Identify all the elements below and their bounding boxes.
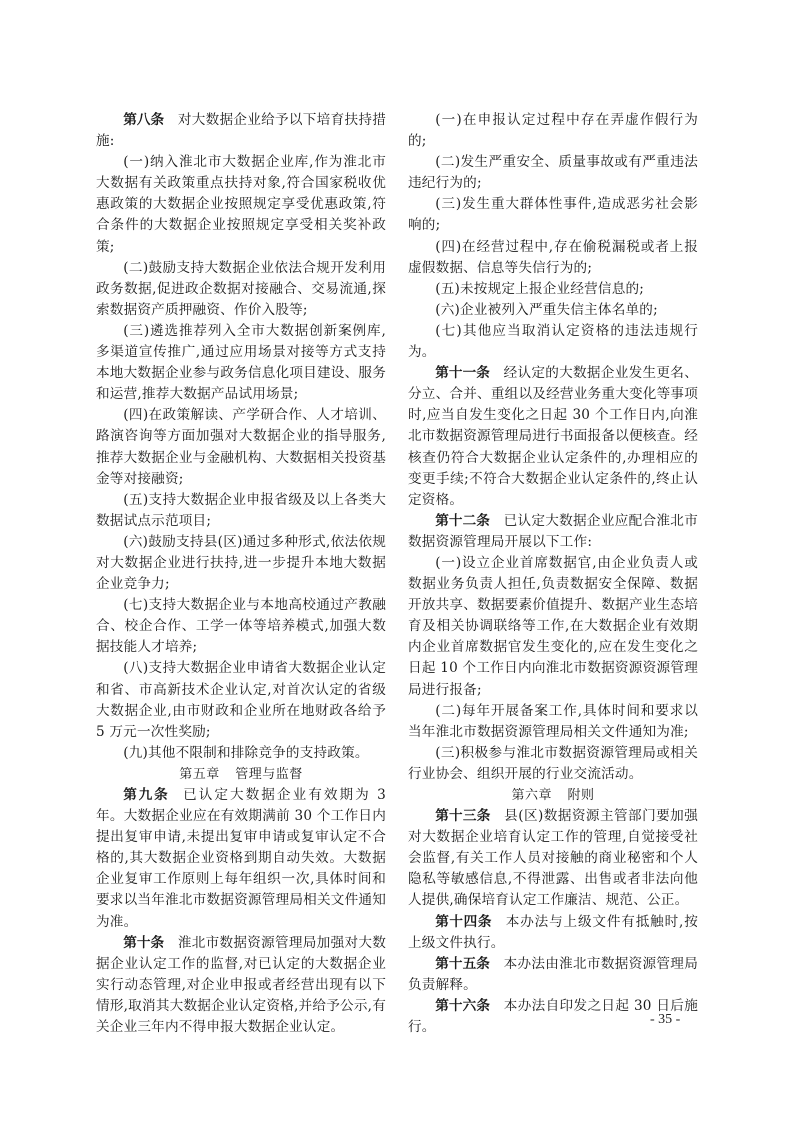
chapter-6-heading: 第六章附则 xyxy=(408,785,698,806)
article-8-item-9: (九)其他不限制和排除竞争的支持政策。 xyxy=(96,743,386,764)
article-11: 第十一条经认定的大数据企业发生更名、分立、合并、重组以及经营业务重大变化等事项时… xyxy=(408,363,698,511)
article-8-item-8: (八)支持大数据企业申请省大数据企业认定和省、市高新技术企业认定,对首次认定的省… xyxy=(96,658,386,742)
chapter-title: 附则 xyxy=(568,788,595,803)
article-label: 第十条 xyxy=(123,935,164,951)
article-13: 第十三条县(区)数据资源主管部门要加强对大数据企业培育认定工作的管理,自觉接受社… xyxy=(408,806,698,911)
article-label: 第十六条 xyxy=(435,998,490,1014)
article-label: 第十三条 xyxy=(435,808,490,824)
article-10: 第十条淮北市数据资源管理局加强对大数据企业认定工作的监督,对已认定的大数据企业实… xyxy=(96,933,386,1038)
chapter-number: 第六章 xyxy=(511,788,552,803)
article-10-item-6: (六)企业被列入严重失信主体名单的; xyxy=(408,300,698,321)
right-column: (一)在申报认定过程中存在弄虚作假行为的; (二)发生严重安全、质量事故或有严重… xyxy=(408,110,698,1038)
article-8-item-7: (七)支持大数据企业与本地高校通过产教融合、校企合作、工学一体等培养模式,加强大… xyxy=(96,595,386,658)
chapter-number: 第五章 xyxy=(179,767,220,782)
article-10-item-4: (四)在经营过程中,存在偷税漏税或者上报虚假数据、信息等失信行为的; xyxy=(408,237,698,279)
article-text: 经认定的大数据企业发生更名、分立、合并、重组以及经营业务重大变化等事项时,应当自… xyxy=(408,365,698,508)
article-12-item-1: (一)设立企业首席数据官,由企业负责人或数据业务负责人担任,负责数据安全保障、数… xyxy=(408,553,698,701)
article-10-item-5: (五)未按规定上报企业经营信息的; xyxy=(408,279,698,300)
chapter-5-heading: 第五章管理与监督 xyxy=(96,764,386,785)
article-8-item-5: (五)支持大数据企业申报省级及以上各类大数据试点示范项目; xyxy=(96,490,386,532)
article-label: 第十一条 xyxy=(435,365,490,381)
article-label: 第九条 xyxy=(123,787,169,803)
article-label: 第十五条 xyxy=(435,956,490,972)
article-label: 第八条 xyxy=(123,112,164,128)
article-8-item-2: (二)鼓励支持大数据企业依法合规开发利用政务数据,促进政企数据对接融合、交易流通… xyxy=(96,258,386,321)
article-8-item-6: (六)鼓励支持县(区)通过多种形式,依法依规对大数据企业进行扶持,进一步提升本地… xyxy=(96,532,386,595)
article-10-item-2: (二)发生严重安全、质量事故或有严重违法违纪行为的; xyxy=(408,152,698,194)
article-10-item-3: (三)发生重大群体性事件,造成恶劣社会影响的; xyxy=(408,194,698,236)
article-8-item-1: (一)纳入淮北市大数据企业库,作为淮北市大数据有关政策重点扶持对象,符合国家税收… xyxy=(96,152,386,257)
article-label: 第十二条 xyxy=(435,513,490,529)
page-number: - 35 - xyxy=(650,1012,680,1028)
article-12-item-2: (二)每年开展备案工作,具体时间和要求以当年淮北市数据资源管理局相关文件通知为准… xyxy=(408,701,698,743)
article-12-item-3: (三)积极参与淮北市数据资源管理局或相关行业协会、组织开展的行业交流活动。 xyxy=(408,743,698,785)
article-9: 第九条已认定大数据企业有效期为 3 年。大数据企业应在有效期满前 30 个工作日… xyxy=(96,785,386,933)
article-8-item-3: (三)遴选推荐列入全市大数据创新案例库,多渠道宣传推广,通过应用场景对接等方式支… xyxy=(96,321,386,405)
article-8: 第八条对大数据企业给予以下培育扶持措施: xyxy=(96,110,386,152)
left-column: 第八条对大数据企业给予以下培育扶持措施: (一)纳入淮北市大数据企业库,作为淮北… xyxy=(96,110,386,1038)
article-text: 已认定大数据企业有效期为 3 年。大数据企业应在有效期满前 30 个工作日内提出… xyxy=(96,787,386,930)
article-12: 第十二条已认定大数据企业应配合淮北市数据资源管理局开展以下工作: xyxy=(408,511,698,553)
chapter-title: 管理与监督 xyxy=(235,767,303,782)
article-15: 第十五条本办法由淮北市数据资源管理局负责解释。 xyxy=(408,954,698,996)
article-10-item-1: (一)在申报认定过程中存在弄虚作假行为的; xyxy=(408,110,698,152)
article-10-item-7: (七)其他应当取消认定资格的违法违规行为。 xyxy=(408,321,698,363)
article-14: 第十四条本办法与上级文件有抵触时,按上级文件执行。 xyxy=(408,912,698,954)
article-8-item-4: (四)在政策解读、产学研合作、人才培训、路演咨询等方面加强对大数据企业的指导服务… xyxy=(96,405,386,489)
article-label: 第十四条 xyxy=(435,914,492,930)
